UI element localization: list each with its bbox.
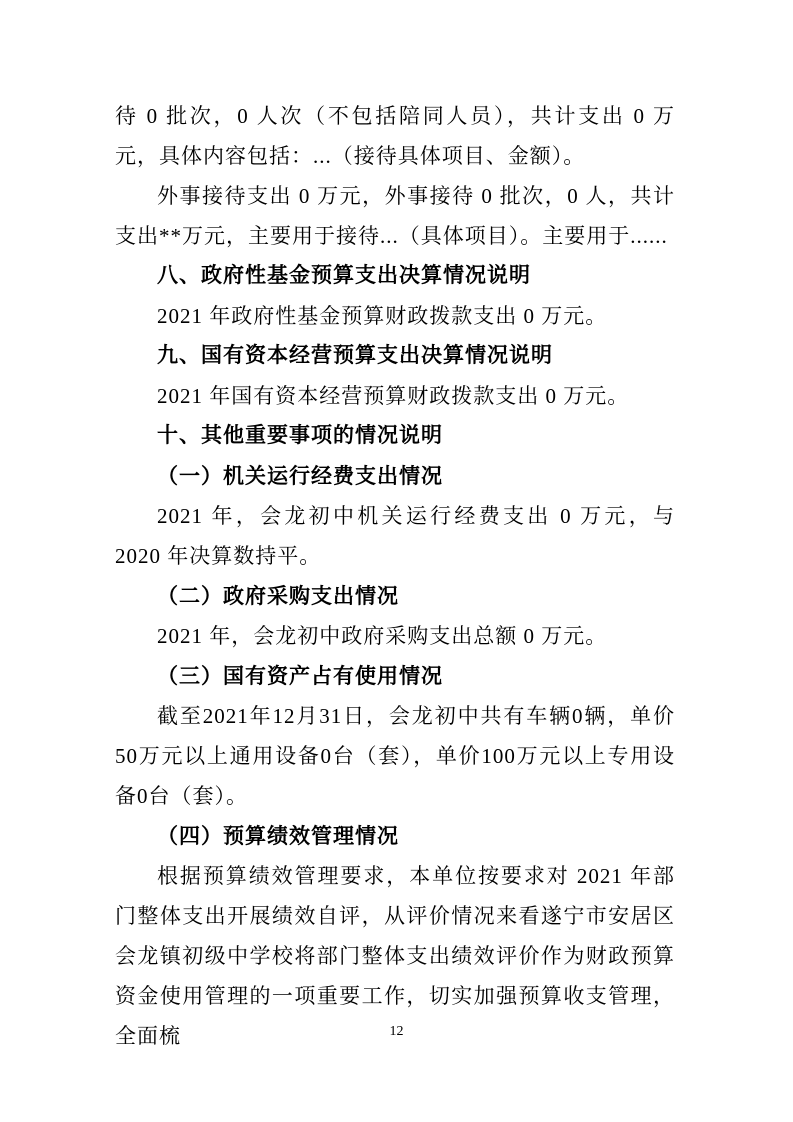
subheading-1-agency-operating-expenses: （一）机关运行经费支出情况 bbox=[115, 456, 675, 496]
heading-section-10-other-important-matters: 十、其他重要事项的情况说明 bbox=[115, 416, 675, 456]
subheading-3-state-asset-usage: （三）国有资产占有使用情况 bbox=[115, 656, 675, 696]
subheading-2-government-procurement: （二）政府采购支出情况 bbox=[115, 576, 675, 616]
page-number: 12 bbox=[0, 1022, 793, 1042]
document-body: 待 0 批次，0 人次（不包括陪同人员），共计支出 0 万元，具体内容包括：..… bbox=[115, 96, 675, 1056]
paragraph-agency-operating-expenses: 2021 年，会龙初中机关运行经费支出 0 万元，与 2020 年决算数持平。 bbox=[115, 496, 675, 576]
heading-section-9-state-capital-budget: 九、国有资本经营预算支出决算情况说明 bbox=[115, 336, 675, 376]
heading-section-8-government-fund-budget: 八、政府性基金预算支出决算情况说明 bbox=[115, 256, 675, 296]
paragraph-government-procurement: 2021 年，会龙初中政府采购支出总额 0 万元。 bbox=[115, 616, 675, 656]
paragraph-official-reception-continued: 待 0 批次，0 人次（不包括陪同人员），共计支出 0 万元，具体内容包括：..… bbox=[115, 96, 675, 176]
document-page: 待 0 批次，0 人次（不包括陪同人员），共计支出 0 万元，具体内容包括：..… bbox=[0, 0, 793, 1122]
paragraph-state-capital-expenditure: 2021 年国有资本经营预算财政拨款支出 0 万元。 bbox=[115, 376, 675, 416]
paragraph-foreign-affairs-reception: 外事接待支出 0 万元，外事接待 0 批次，0 人，共计支出**万元，主要用于接… bbox=[115, 176, 675, 256]
paragraph-state-asset-usage: 截至2021年12月31日，会龙初中共有车辆0辆，单价50万元以上通用设备0台（… bbox=[115, 696, 675, 816]
paragraph-government-fund-expenditure: 2021 年政府性基金预算财政拨款支出 0 万元。 bbox=[115, 296, 675, 336]
subheading-4-budget-performance-management: （四）预算绩效管理情况 bbox=[115, 816, 675, 856]
